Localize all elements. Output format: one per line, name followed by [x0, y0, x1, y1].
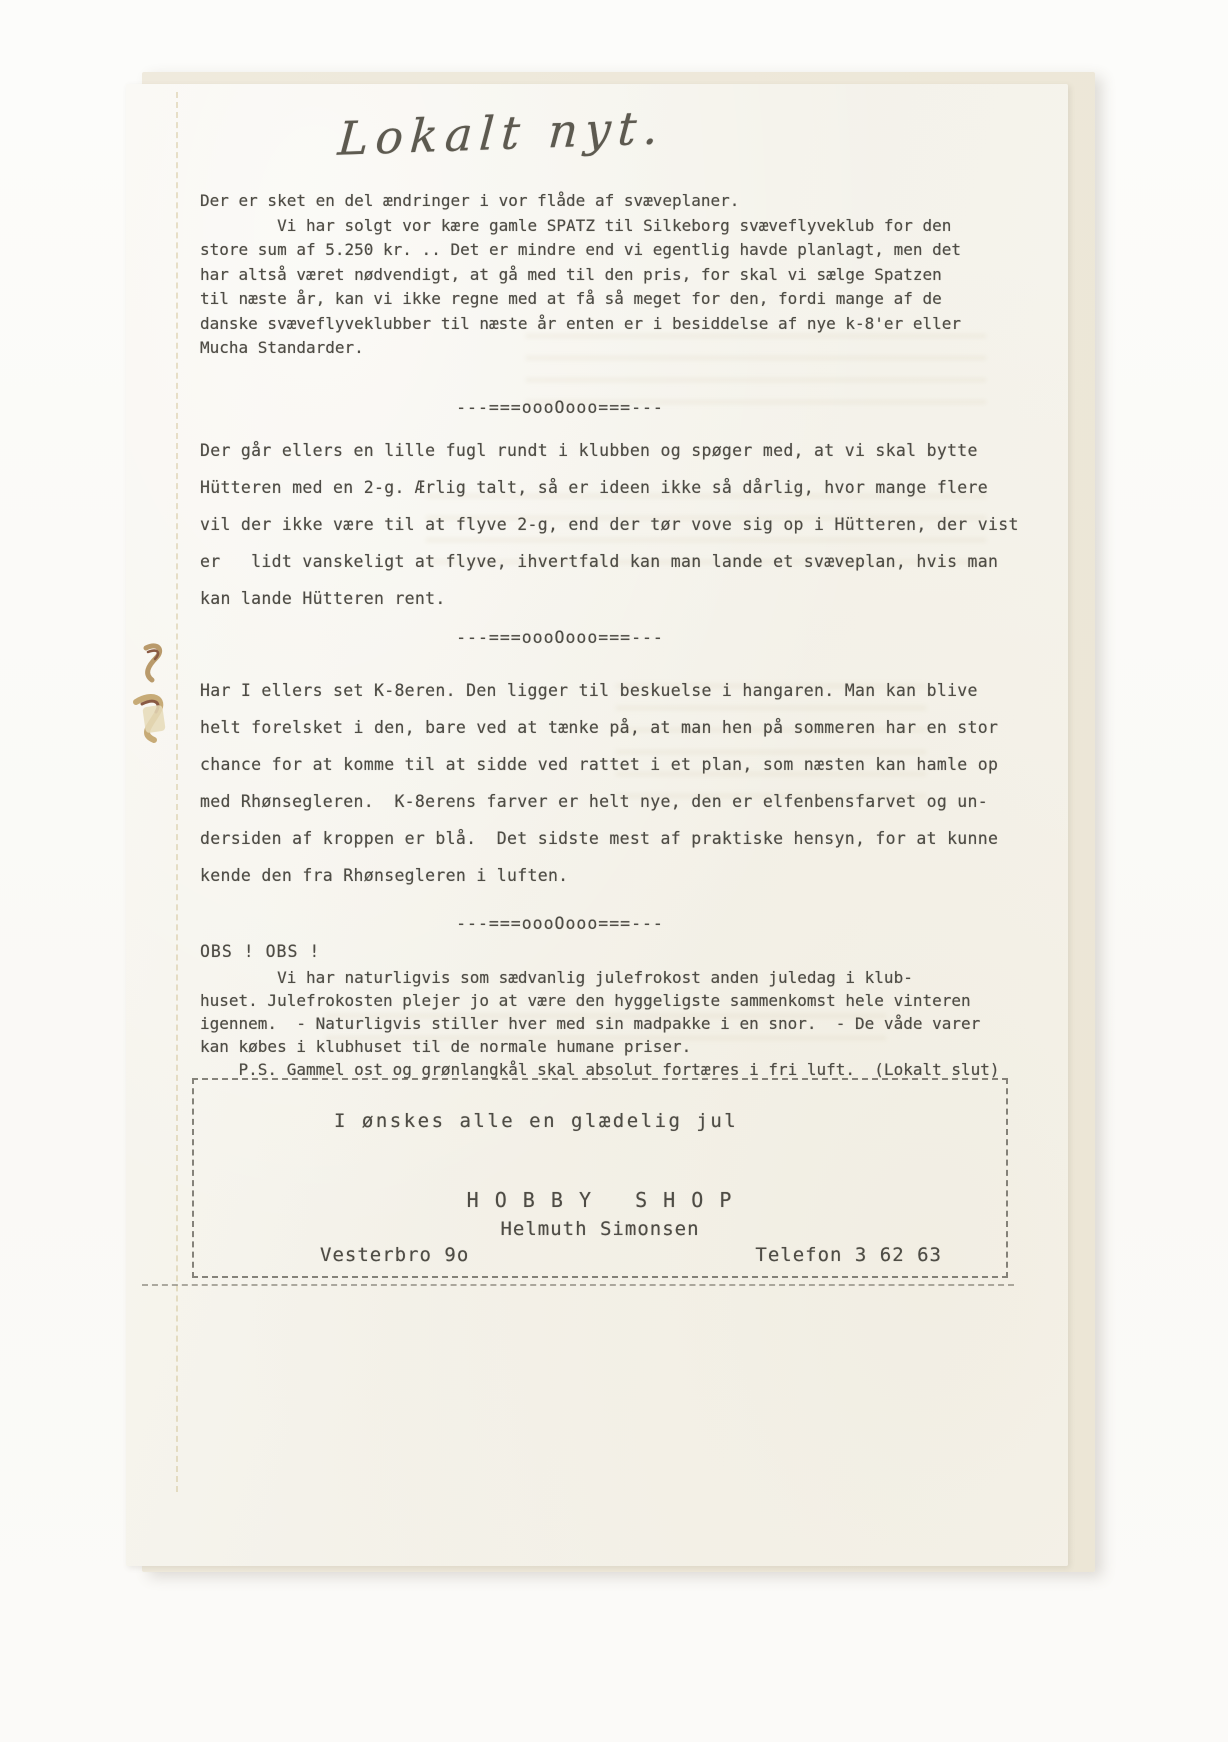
text-line: til næste år, kan vi ikke regne med at f…	[200, 287, 961, 312]
text-line: dersiden af kroppen er blå. Det sidste m…	[200, 820, 998, 857]
ad-owner-name: Helmuth Simonsen	[194, 1218, 1006, 1240]
paragraph-4: Vi har naturligvis som sædvanlig julefro…	[200, 966, 1000, 1081]
text-line: chance for at komme til at sidde ved rat…	[200, 746, 998, 783]
text-line: igennem. - Naturligvis stiller hver med …	[200, 1012, 1000, 1035]
paper-sheet: Lokalt nyt. Der er sket en del ændringer…	[126, 84, 1068, 1566]
ad-shop-name: H O B B Y S H O P	[194, 1188, 1006, 1212]
text-line: Har I ellers set K-8eren. Den ligger til…	[200, 672, 998, 709]
obs-heading: OBS ! OBS !	[200, 942, 320, 961]
text-line: Der går ellers en lille fugl rundt i klu…	[200, 432, 1019, 469]
text-line: Hütteren med en 2-g. Ærlig talt, så er i…	[200, 469, 1019, 506]
paragraph-3: Har I ellers set K-8eren. Den ligger til…	[200, 672, 998, 894]
section-divider-3: ---===oooOooo===---	[200, 914, 920, 933]
paragraph-1: Der er sket en del ændringer i vor flåde…	[200, 189, 961, 361]
text-line: med Rhønsegleren. K-8erens farver er hel…	[200, 783, 998, 820]
text-line: kan købes i klubhuset til de normale hum…	[200, 1035, 1000, 1058]
ad-phone: Telefon 3 62 63	[755, 1244, 942, 1266]
text-line: Vi har solgt vor kære gamle SPATZ til Si…	[200, 214, 961, 239]
ad-greeting: I ønskes alle en glædelig jul	[334, 1110, 738, 1132]
ad-address: Vesterbro 9o	[320, 1244, 469, 1266]
text-line: store sum af 5.250 kr. .. Det er mindre …	[200, 238, 961, 263]
text-line: huset. Julefrokosten plejer jo at være d…	[200, 989, 1000, 1012]
binding-crease	[176, 92, 178, 1492]
text-line: kende den fra Rhønsegleren i luften.	[200, 857, 998, 894]
scanned-newsletter-page: Lokalt nyt. Der er sket en del ændringer…	[0, 0, 1228, 1742]
text-line: helt forelsket i den, bare ved at tænke …	[200, 709, 998, 746]
section-divider-1: ---===oooOooo===---	[200, 398, 920, 417]
page-title: Lokalt nyt.	[336, 100, 667, 166]
text-line: Vi har naturligvis som sædvanlig julefro…	[200, 966, 1000, 989]
staple-icon	[118, 640, 188, 770]
advertisement-box: I ønskes alle en glædelig jul H O B B Y …	[192, 1078, 1008, 1278]
text-line: danske svæveflyveklubber til næste år en…	[200, 312, 961, 337]
paragraph-2: Der går ellers en lille fugl rundt i klu…	[200, 432, 1019, 617]
text-line: Der er sket en del ændringer i vor flåde…	[200, 189, 961, 214]
text-line: har altså været nødvendigt, at gå med ti…	[200, 263, 961, 288]
text-line: er lidt vanskeligt at flyve, ihvertfald …	[200, 543, 1019, 580]
text-line: Mucha Standarder.	[200, 336, 961, 361]
section-divider-2: ---===oooOooo===---	[200, 628, 920, 647]
text-line: kan lande Hütteren rent.	[200, 580, 1019, 617]
text-line: vil der ikke være til at flyve 2-g, end …	[200, 506, 1019, 543]
box-bottom-double-line	[142, 1284, 1014, 1286]
